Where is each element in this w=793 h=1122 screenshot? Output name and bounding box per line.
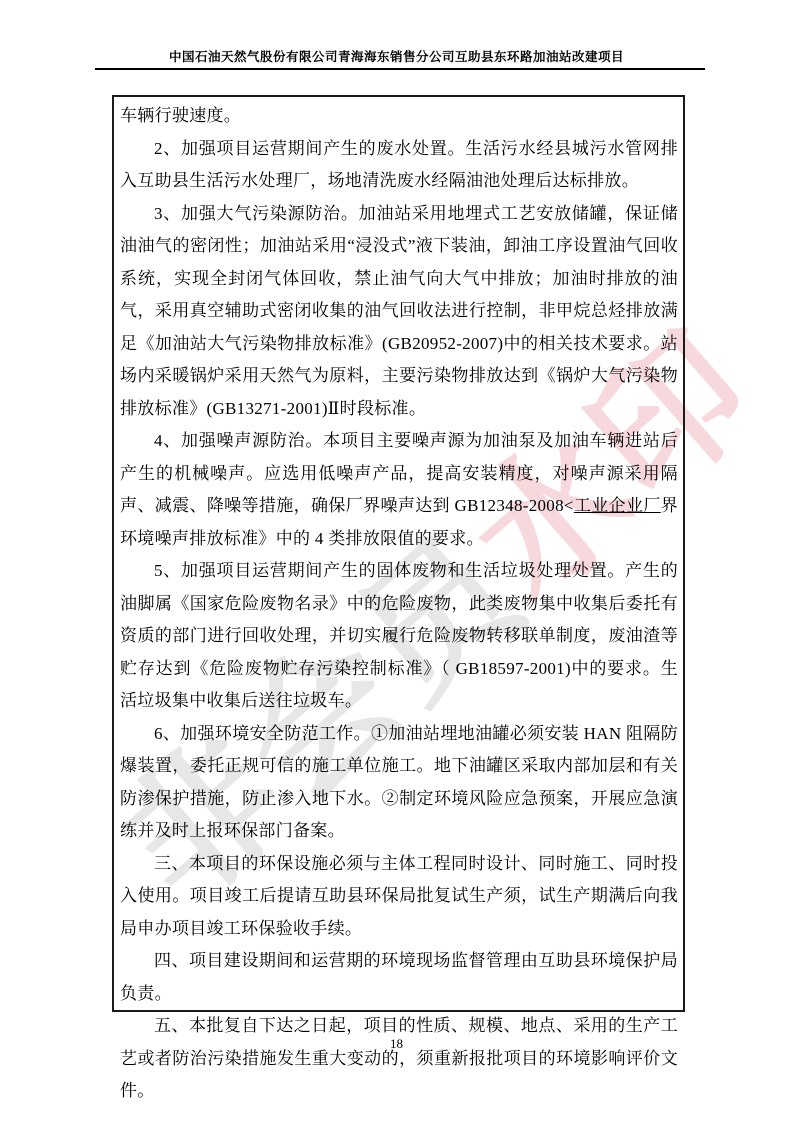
paragraph-three-simultaneous: 三、本项目的环保设施必须与主体工程同时设计、同时施工、同时投入使用。项目竣工后提… xyxy=(120,848,678,946)
page-number: 18 xyxy=(0,1036,793,1052)
paragraph-supervision: 四、项目建设期间和运营期的环境现场监督管理由互助县环境保护局负责。 xyxy=(120,945,678,1010)
paragraph-continuation: 车辆行驶速度。 xyxy=(120,100,678,133)
page-header-title: 中国石油天然气股份有限公司青海海东销售分公司互助县东环路加油站改建项目 xyxy=(0,47,793,65)
document-page: 中国石油天然气股份有限公司青海海东销售分公司互助县东环路加油站改建项目 非会员水… xyxy=(0,0,793,1122)
paragraph-air-pollution: 3、加强大气污染源防治。加油站采用地埋式工艺安放储罐，保证储油油气的密闭性；加油… xyxy=(120,198,678,426)
paragraph-safety: 6、加强环境安全防范工作。①加油站埋地油罐必须安装 HAN 阻隔防爆装置，委托正… xyxy=(120,718,678,848)
paragraph-noise-underlined: 工业企业厂 xyxy=(574,496,661,515)
paragraph-reapproval: 五、本批复自下达之日起，项目的性质、规模、地点、采用的生产工艺或者防治污染措施发… xyxy=(120,1010,678,1108)
header-divider-line xyxy=(95,68,705,70)
paragraph-solid-waste: 5、加强项目运营期间产生的固体废物和生活垃圾处理处置。产生的油脚属《国家危险废物… xyxy=(120,555,678,718)
paragraph-noise: 4、加强噪声源防治。本项目主要噪声源为加油泵及加油车辆进站后产生的机械噪声。应选… xyxy=(120,425,678,555)
paragraph-wastewater: 2、加强项目运营期间产生的废水处置。生活污水经县城污水管网排入互助县生活污水处理… xyxy=(120,133,678,198)
approval-text-box: 车辆行驶速度。 2、加强项目运营期间产生的废水处置。生活污水经县城污水管网排入互… xyxy=(112,95,685,1012)
